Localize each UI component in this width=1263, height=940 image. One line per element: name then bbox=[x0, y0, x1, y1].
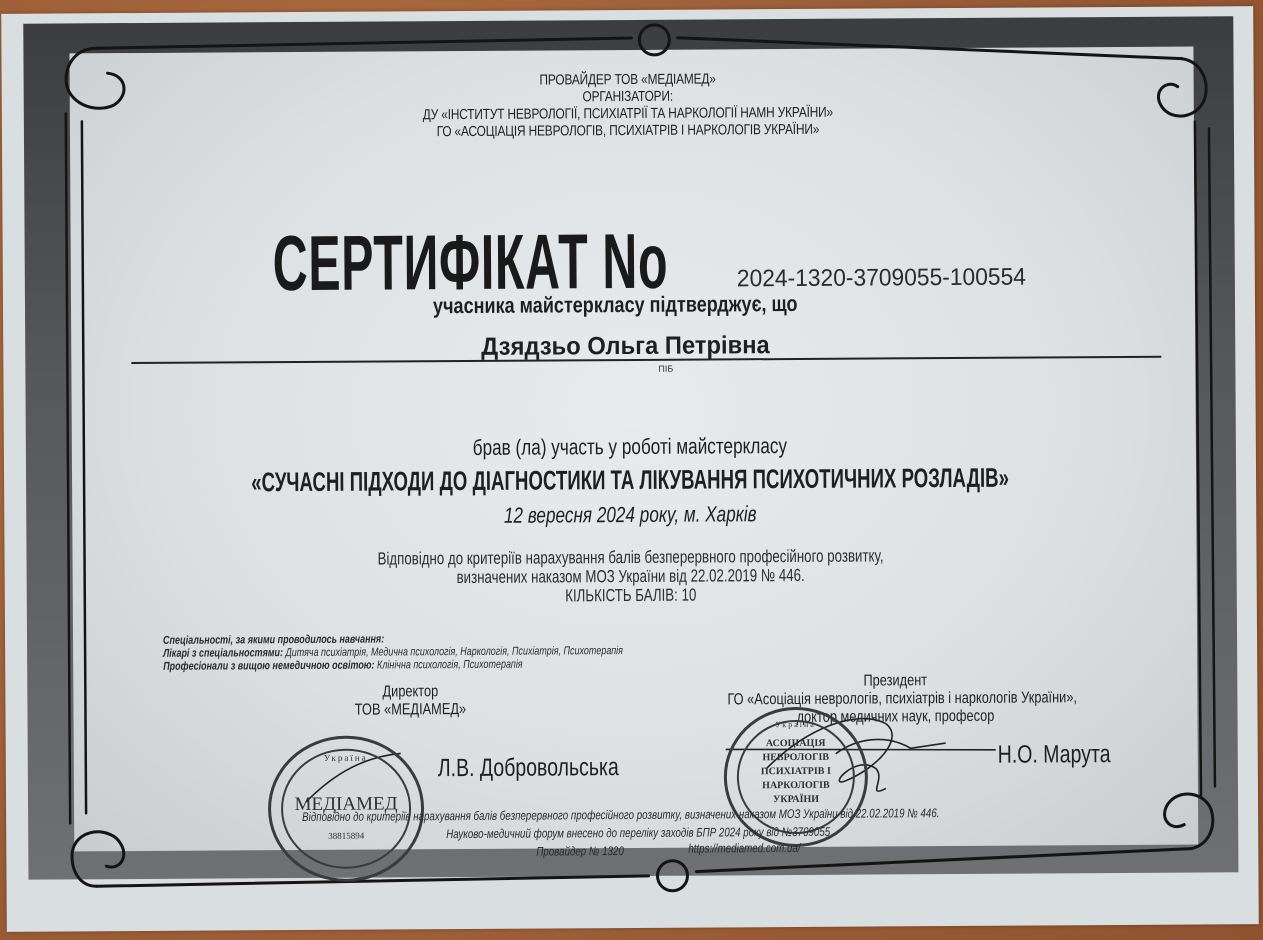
stamp-left-code: 38815894 bbox=[271, 830, 421, 841]
footer-provider: Провайдер № 1320 bbox=[536, 844, 624, 859]
certificate-paper: ПРОВАЙДЕР ТОВ «МЕДІАМЕД» ОРГАНІЗАТОРИ: Д… bbox=[1, 6, 1259, 932]
doctors-value: Дитяча психіатрія, Медична психологія, Н… bbox=[285, 645, 623, 659]
doctors-label: Лікарі з спеціальностями: bbox=[163, 647, 283, 660]
stamp-right-line-1: АСОЦІАЦІЯ bbox=[727, 738, 865, 750]
specialties-professionals: Професіонали з вищою немедичною освітою:… bbox=[163, 659, 522, 673]
name-caption: ПІБ bbox=[658, 364, 673, 374]
director-name: Л.В. Добровольська bbox=[438, 753, 619, 783]
professionals-value: Клінічна психологія, Психотерапія bbox=[377, 659, 523, 672]
president-name: Н.О. Марута bbox=[998, 740, 1111, 770]
footer-url: https://mediamed.com.ua/ bbox=[688, 841, 800, 856]
specialties-heading: Спеціальності, за якими проводилось навч… bbox=[163, 634, 384, 647]
stamp-right-line-5: УКРАЇНИ bbox=[727, 794, 865, 806]
footer-forum: Науково-медичний форум внесено до перелі… bbox=[446, 825, 830, 841]
stamp-left-top: Україна bbox=[271, 752, 421, 763]
president-org: ГО «Асоціація неврологів, психіатрів і н… bbox=[727, 689, 1063, 709]
stamp-right-line-4: НАРКОЛОГІВ bbox=[727, 780, 865, 792]
director-title: Директор ТОВ «МЕДІАМЕД» bbox=[350, 683, 470, 720]
director-org: ТОВ «МЕДІАМЕД» bbox=[350, 701, 470, 720]
certificate-number: 2024-1320-3709055-100554 bbox=[737, 264, 1026, 294]
professionals-label: Професіонали з вищою немедичною освітою: bbox=[163, 660, 374, 673]
stamp-right-line-2: НЕВРОЛОГІВ bbox=[727, 752, 865, 764]
certificate-subtitle: учасника майстеркласу підтверджує, що bbox=[433, 291, 798, 319]
president-role: Президент bbox=[727, 671, 1063, 691]
stamp-right-line-3: ПСИХІАТРІВ І bbox=[727, 766, 865, 778]
director-role: Директор bbox=[350, 683, 470, 702]
specialties-heading-text: Спеціальності, за якими проводилось навч… bbox=[163, 634, 384, 647]
recipient-name: Дзядзьо Ольга Петрівна bbox=[481, 331, 770, 362]
course-title: «СУЧАСНІ ПІДХОДИ ДО ДІАГНОСТИКИ ТА ЛІКУВ… bbox=[198, 462, 1062, 498]
stamp-right-top: Україна bbox=[727, 720, 865, 730]
